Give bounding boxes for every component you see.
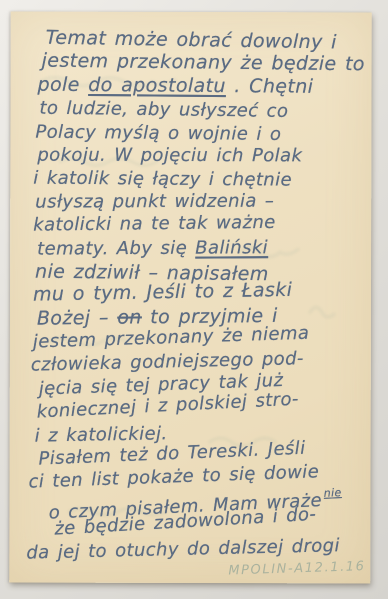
letter-line: mu o tym. Jeśli to z Łaski	[33, 278, 372, 308]
letter-words: tematy. Aby się	[37, 237, 195, 259]
letter-page: Temat może obrać dowolny ijestem przekon…	[9, 12, 371, 584]
letter-words: Bożej –	[37, 306, 118, 329]
letter-line: pokoju. W pojęciu ich Polak	[37, 144, 371, 168]
letter-line: tematy. Aby się Baliński	[37, 235, 372, 260]
letter-text: Temat może obrać dowolny ijestem przekon…	[26, 27, 371, 566]
letter-words: Polacy myślą o wojnie i o	[35, 121, 281, 144]
letter-word-underline: do apostolatu	[88, 74, 226, 97]
letter-word-underline: Baliński	[195, 237, 268, 258]
letter-line: pole do apostolatu . Chętni	[37, 73, 371, 99]
letter-words: jestem przekonany że będzie to	[41, 50, 365, 76]
letter-words: usłyszą punkt widzenia –	[35, 190, 274, 212]
letter-words: . Chętni	[226, 75, 314, 98]
letter-word-sup: nie	[323, 486, 342, 500]
letter-words: katolicki na te tak ważne	[33, 212, 276, 236]
letter-words: pokoju. W pojęciu ich Polak	[37, 145, 302, 167]
letter-words: pole	[37, 73, 88, 95]
letter-words: mu o tym. Jeśli to z Łaski	[33, 279, 293, 306]
letter-line: katolicki na te tak ważne	[33, 210, 372, 237]
letter-words: i katolik się łączy i chętnie	[33, 168, 292, 191]
letter-word-strike: on	[117, 306, 142, 328]
letter-words: to ludzie, aby usłyszeć co	[39, 98, 288, 122]
